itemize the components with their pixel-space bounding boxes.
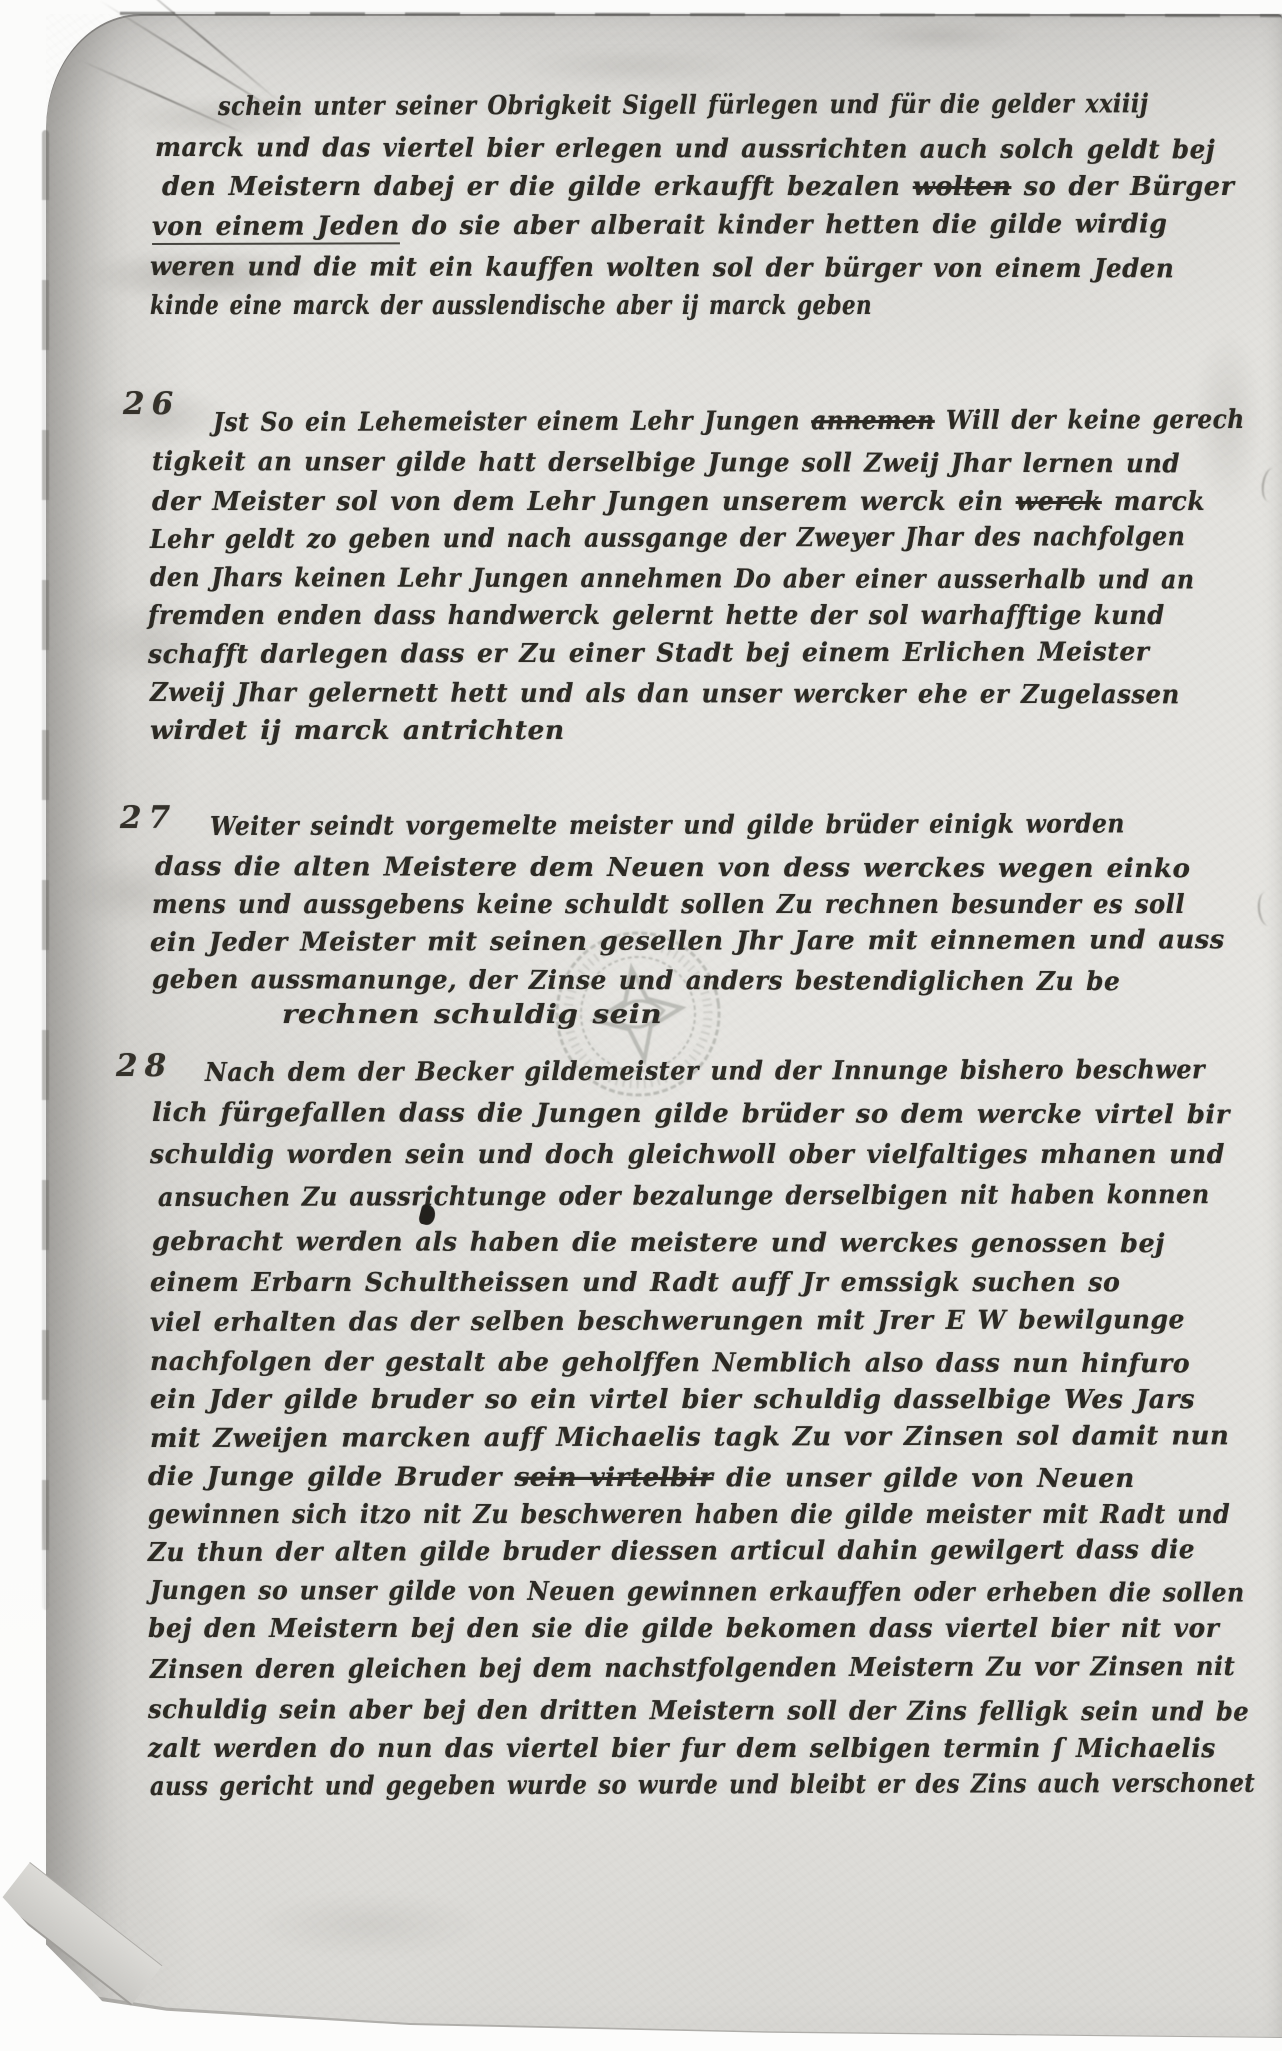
- manuscript-line: wirdet ij marck antrichten: [150, 716, 565, 746]
- handwritten-text: gebracht werden als haben die meistere u…: [152, 1227, 1165, 1259]
- manuscript-line: mit Zweijen marcken auff Michaelis tagk …: [150, 1421, 1229, 1454]
- manuscript-line: zalt werden do nun das viertel bier fur …: [148, 1734, 1216, 1764]
- handwritten-text: einem Erbarn Schultheissen und Radt auff…: [150, 1268, 1120, 1298]
- manuscript-line: fremden enden dass handwerck gelernt het…: [148, 601, 1165, 631]
- handwritten-text: do sie aber alberait kinder hetten die g…: [400, 209, 1168, 241]
- manuscript-line: schuldig worden sein und doch gleichwoll…: [150, 1140, 1225, 1170]
- handwritten-text: Zweij Jhar gelernett hett und als dan un…: [150, 678, 1180, 710]
- handwritten-text: Nach dem der Becker gildemeister und der…: [205, 1055, 1205, 1088]
- manuscript-line: schafft darlegen dass er Zu einer Stadt …: [148, 637, 1149, 670]
- handwritten-text: Jungen so unser gilde von Neuen gewinnen…: [150, 1576, 1245, 1609]
- handwritten-text: mens und aussgebens keine schuldt sollen…: [152, 890, 1185, 920]
- handwritten-text: ansuchen Zu aussrichtunge oder bezalunge…: [158, 1180, 1210, 1213]
- struck-text: wolten: [913, 172, 1012, 202]
- manuscript-line: ein Jeder Meister mit seinen gesellen Jh…: [150, 925, 1225, 958]
- manuscript-line: weren und die mit ein kauffen wolten sol…: [150, 252, 1174, 284]
- handwritten-text: Lehr geldt zo geben und nach aussgange d…: [150, 522, 1185, 555]
- manuscript-line: tigkeit an unser gilde hatt derselbige J…: [152, 447, 1180, 479]
- handwritten-text: auss gericht und gegeben wurde so wurde …: [150, 1769, 1255, 1802]
- handwritten-text: Weiter seindt vorgemelte meister und gil…: [210, 809, 1125, 842]
- manuscript-line: Zweij Jhar gelernett hett und als dan un…: [150, 678, 1180, 710]
- struck-text: annemen: [811, 406, 935, 436]
- manuscript-line: schein unter seiner Obrigkeit Sigell für…: [218, 89, 1148, 122]
- manuscript-line: nachfolgen der gestalt abe geholffen Nem…: [150, 1347, 1190, 1379]
- handwritten-text: Zu thun der alten gilde bruder diessen a…: [148, 1535, 1195, 1568]
- manuscript-line: gewinnen sich itzo nit Zu beschweren hab…: [148, 1500, 1230, 1530]
- manuscript-line: einem Erbarn Schultheissen und Radt auff…: [150, 1268, 1120, 1298]
- handwritten-text: zalt werden do nun das viertel bier fur …: [148, 1734, 1216, 1764]
- manuscript-line: Lehr geldt zo geben und nach aussgange d…: [150, 522, 1185, 555]
- manuscript-line: bej den Meistern bej den sie die gilde b…: [148, 1614, 1219, 1644]
- handwritten-text: viel erhalten das der selben beschwerung…: [150, 1305, 1185, 1338]
- handwritten-text: schafft darlegen dass er Zu einer Stadt …: [148, 637, 1149, 670]
- handwritten-text: marck und das viertel bier erlegen und a…: [155, 133, 1215, 165]
- manuscript-line: geben aussmanunge, der Zinse und anders …: [152, 965, 1120, 997]
- manuscript-line: den Jhars keinen Lehr Jungen annehmen Do…: [150, 563, 1195, 595]
- handwritten-text: tigkeit an unser gilde hatt derselbige J…: [152, 447, 1180, 479]
- handwritten-text: dass die alten Meistere dem Neuen von de…: [155, 852, 1191, 884]
- manuscript-line: rechnen schuldig sein: [282, 1000, 662, 1030]
- manuscript-line: mens und aussgebens keine schuldt sollen…: [152, 890, 1185, 920]
- margin-number: 27: [120, 800, 177, 836]
- manuscript-line: kinde eine marck der ausslendische aber …: [150, 291, 872, 321]
- manuscript-line: die Junge gilde Bruder sein virtelbir di…: [148, 1462, 1135, 1494]
- manuscript-line: auss gericht und gegeben wurde so wurde …: [150, 1769, 1255, 1802]
- handwritten-text: gewinnen sich itzo nit Zu beschweren hab…: [148, 1500, 1230, 1530]
- left-page-edge: [42, 130, 49, 1610]
- struck-text: sein virtelbir: [515, 1463, 714, 1493]
- manuscript-line: von einem Jeden do sie aber alberait kin…: [152, 209, 1167, 242]
- manuscript-line: Jst So ein Lehemeister einem Lehr Jungen…: [213, 405, 1245, 438]
- manuscript-line: Nach dem der Becker gildemeister und der…: [205, 1055, 1205, 1088]
- handwritten-text: Zinsen deren gleichen bej dem nachstfolg…: [150, 1652, 1235, 1685]
- manuscript-line: lich fürgefallen dass die Jungen gilde b…: [152, 1098, 1230, 1130]
- manuscript-line: gebracht werden als haben die meistere u…: [152, 1227, 1165, 1259]
- handwritten-text: der Meister sol von dem Lehr Jungen unse…: [152, 487, 1016, 517]
- manuscript-line: den Meistern dabej er die gilde erkaufft…: [162, 172, 1235, 202]
- manuscript-line: schuldig sein aber bej den dritten Meist…: [148, 1695, 1249, 1727]
- handwritten-text: marck: [1102, 487, 1205, 517]
- handwritten-text: Will der keine gerech: [935, 405, 1245, 436]
- handwritten-text: rechnen schuldig sein: [282, 1000, 662, 1030]
- handwritten-text: schuldig worden sein und doch gleichwoll…: [150, 1140, 1225, 1170]
- struck-text: werck: [1016, 487, 1102, 517]
- manuscript-line: ein Jder gilde bruder so ein virtel bier…: [150, 1385, 1195, 1415]
- manuscript-line: marck und das viertel bier erlegen und a…: [155, 133, 1215, 165]
- handwritten-text: die Junge gilde Bruder: [148, 1462, 515, 1493]
- handwritten-text: schuldig sein aber bej den dritten Meist…: [148, 1695, 1249, 1727]
- handwritten-text: geben aussmanunge, der Zinse und anders …: [152, 965, 1120, 997]
- handwritten-text: mit Zweijen marcken auff Michaelis tagk …: [150, 1421, 1229, 1454]
- manuscript-line: Jungen so unser gilde von Neuen gewinnen…: [150, 1576, 1245, 1609]
- handwritten-text: ein Jeder Meister mit seinen gesellen Jh…: [150, 925, 1225, 958]
- handwritten-text: kinde eine marck der ausslendische aber …: [150, 291, 872, 321]
- text-layer: schein unter seiner Obrigkeit Sigell für…: [0, 0, 1282, 2051]
- manuscript-line: der Meister sol von dem Lehr Jungen unse…: [152, 487, 1205, 517]
- scan-background: schein unter seiner Obrigkeit Sigell für…: [0, 0, 1282, 2051]
- manuscript-line: Zinsen deren gleichen bej dem nachstfolg…: [150, 1652, 1235, 1685]
- handwritten-text: die unser gilde von Neuen: [713, 1463, 1134, 1494]
- underlined-text: von einem Jeden: [152, 211, 400, 245]
- handwritten-text: wirdet ij marck antrichten: [150, 716, 565, 746]
- handwritten-text: schein unter seiner Obrigkeit Sigell für…: [218, 89, 1148, 122]
- handwritten-text: Jst So ein Lehemeister einem Lehr Jungen: [213, 406, 811, 438]
- handwritten-text: lich fürgefallen dass die Jungen gilde b…: [152, 1098, 1230, 1130]
- margin-number: 28: [116, 1048, 173, 1084]
- handwritten-text: den Jhars keinen Lehr Jungen annehmen Do…: [150, 563, 1195, 595]
- handwritten-text: fremden enden dass handwerck gelernt het…: [148, 601, 1165, 631]
- manuscript-line: viel erhalten das der selben beschwerung…: [150, 1305, 1185, 1338]
- handwritten-text: so der Bürger: [1011, 172, 1234, 202]
- margin-number: 26: [123, 386, 180, 422]
- manuscript-line: Zu thun der alten gilde bruder diessen a…: [148, 1535, 1195, 1568]
- handwritten-text: bej den Meistern bej den sie die gilde b…: [148, 1614, 1219, 1644]
- manuscript-line: dass die alten Meistere dem Neuen von de…: [155, 852, 1191, 884]
- manuscript-line: ansuchen Zu aussrichtunge oder bezalunge…: [158, 1180, 1210, 1213]
- handwritten-text: ein Jder gilde bruder so ein virtel bier…: [150, 1385, 1195, 1415]
- handwritten-text: nachfolgen der gestalt abe geholffen Nem…: [150, 1347, 1190, 1379]
- handwritten-text: weren und die mit ein kauffen wolten sol…: [150, 252, 1174, 284]
- manuscript-line: Weiter seindt vorgemelte meister und gil…: [210, 809, 1125, 842]
- handwritten-text: den Meistern dabej er die gilde erkaufft…: [162, 172, 913, 202]
